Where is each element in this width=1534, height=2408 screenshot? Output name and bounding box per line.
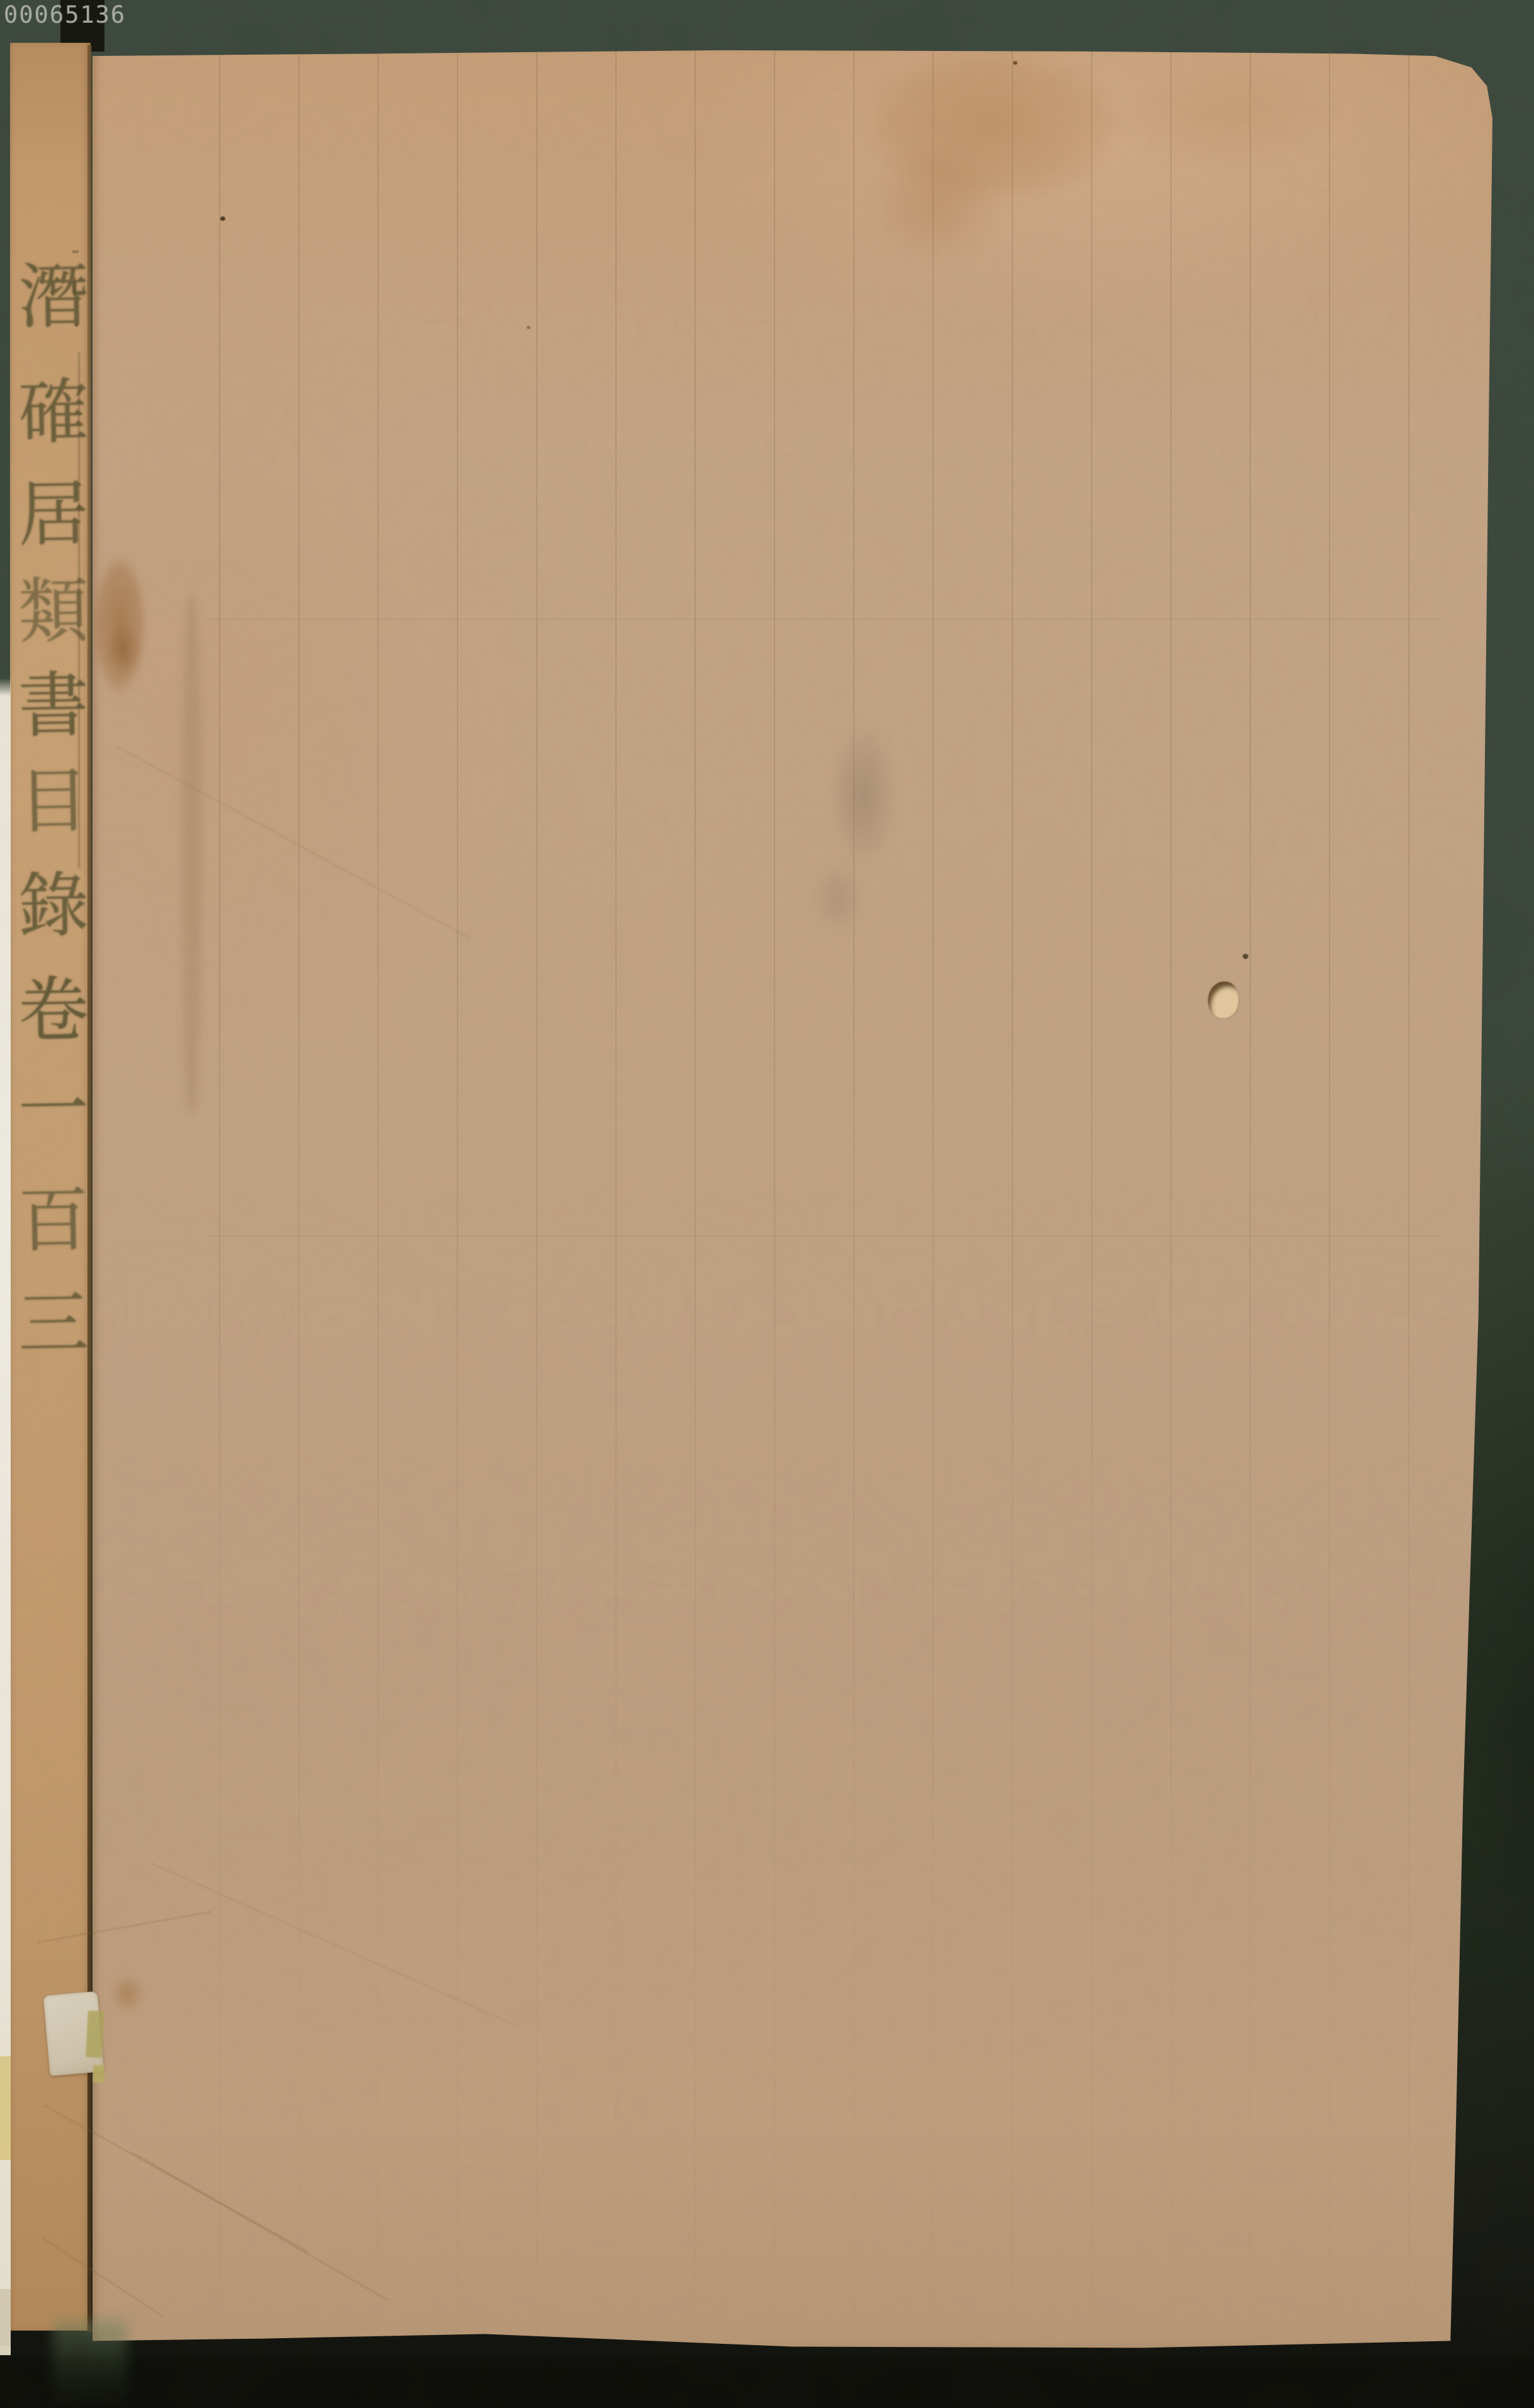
edge-title-char: 一 xyxy=(12,1074,95,1146)
edge-title-char: 三 xyxy=(12,1288,95,1360)
edge-title-char: 百 xyxy=(12,1185,95,1257)
edge-fold-line xyxy=(78,352,80,868)
gutter-line xyxy=(87,45,92,2332)
gutter-blot-stain xyxy=(101,615,145,685)
edge-title-char: 類 xyxy=(12,576,95,647)
repair-patch-fragment xyxy=(86,2010,104,2058)
show-through-rule xyxy=(206,619,1439,620)
repair-patch-stain xyxy=(104,1967,151,2020)
book-scan-photo: 00065136 潛 確 居 類 書 目 錄 卷 一 百 三 xyxy=(0,0,1534,2408)
edge-discoloration xyxy=(0,2289,11,2346)
archive-id-stamp: 00065136 xyxy=(4,1,126,28)
dark-streak xyxy=(182,596,201,1112)
cradle-gutter-reflection xyxy=(53,2321,127,2408)
edge-title-char: 潛 xyxy=(12,261,95,333)
fox-speck xyxy=(220,216,225,221)
water-stain xyxy=(841,118,1030,288)
book-block-edge xyxy=(0,678,11,2355)
edge-title-char: 卷 xyxy=(12,975,95,1046)
water-stain xyxy=(1074,36,1376,188)
fox-speck xyxy=(1013,61,1017,65)
edge-title-char: 書 xyxy=(12,670,95,742)
edge-title-char: 錄 xyxy=(12,870,95,942)
show-through-column-lines xyxy=(92,49,1492,2350)
fox-speck xyxy=(527,326,530,329)
edge-title-char: 居 xyxy=(12,479,95,551)
edge-discoloration xyxy=(0,2056,11,2160)
cradle-bottom-shadow xyxy=(0,2357,1534,2408)
edge-title-char: 目 xyxy=(12,766,95,837)
centre-smudge xyxy=(803,848,873,949)
book-page xyxy=(92,49,1492,2350)
adjacent-leaf-edge-strip: 潛 確 居 類 書 目 錄 卷 一 百 三 xyxy=(10,43,91,2331)
show-through-rule xyxy=(206,1235,1439,1236)
fox-speck xyxy=(1243,954,1248,959)
wormhole xyxy=(1208,982,1238,1018)
repair-patch-fragment xyxy=(93,2065,104,2083)
edge-title-char: 確 xyxy=(12,377,95,449)
